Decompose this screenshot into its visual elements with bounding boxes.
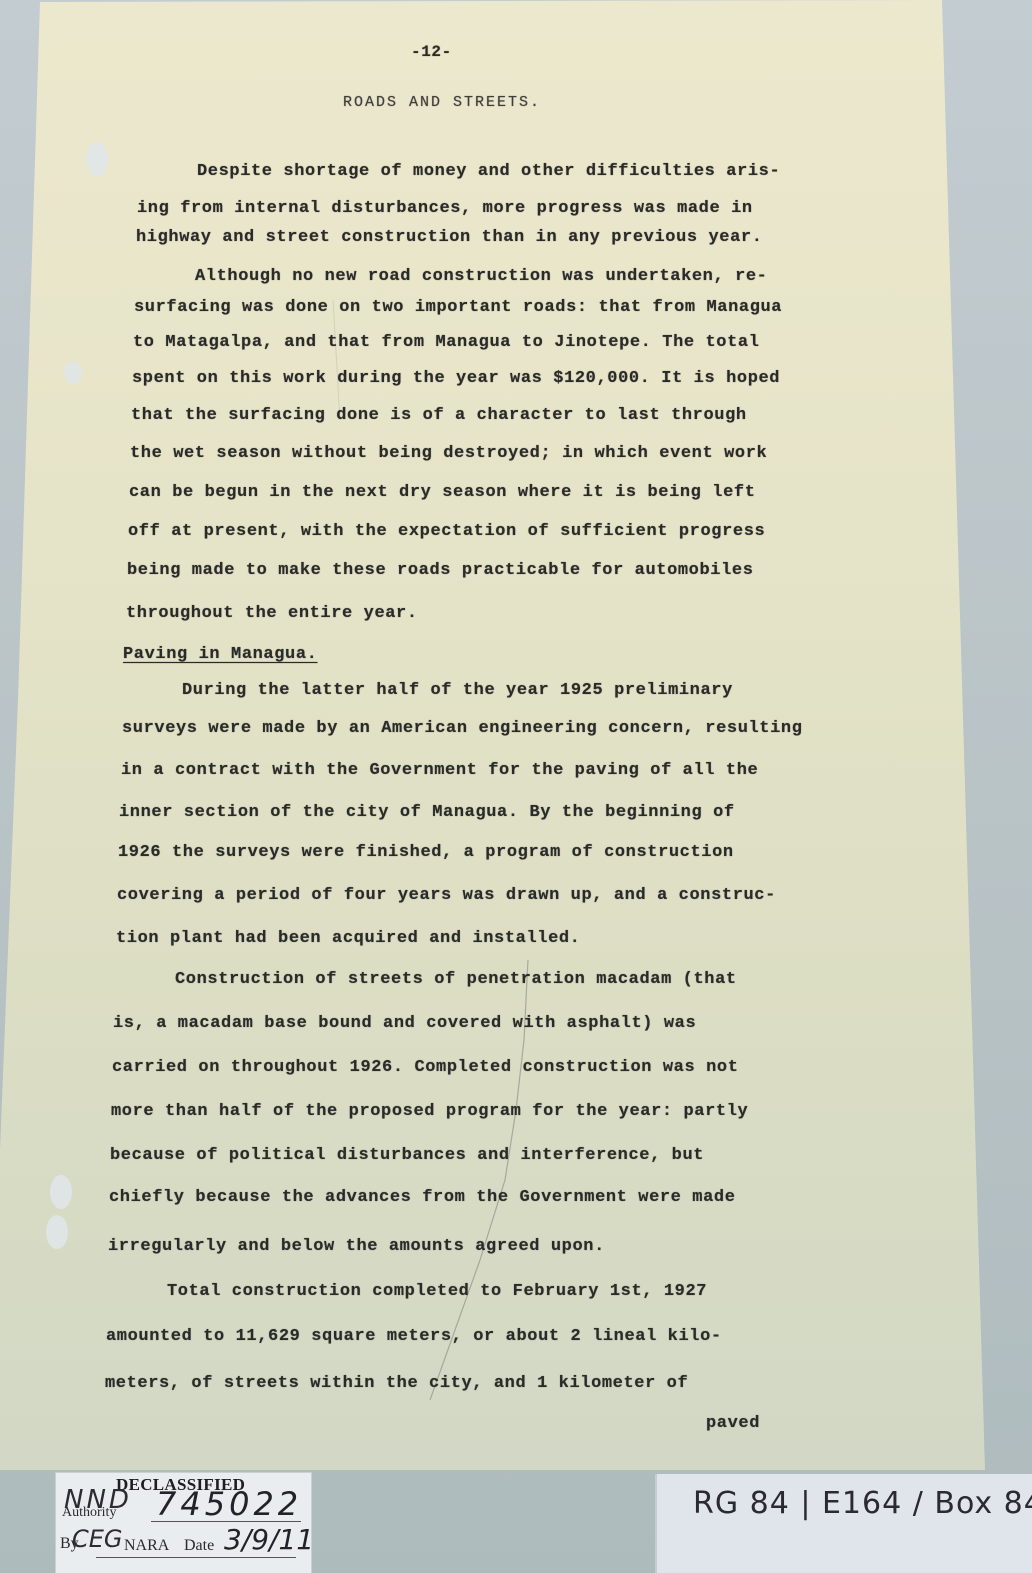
punch-hole: [64, 362, 82, 384]
text-line: During the latter half of the year 1925 …: [182, 681, 733, 700]
archive-reference: RG 84 | E164 / Box 84: [693, 1486, 1032, 1521]
catchword: paved: [706, 1414, 760, 1433]
text-line: carried on throughout 1926. Completed co…: [112, 1058, 739, 1077]
text-line: is, a macadam base bound and covered wit…: [113, 1014, 696, 1033]
date-value: 3/9/11: [224, 1523, 314, 1556]
by-initials: CEG: [72, 1525, 123, 1553]
text-line: because of political disturbances and in…: [110, 1146, 704, 1165]
punch-hole: [86, 142, 108, 176]
text-line: throughout the entire year.: [126, 604, 418, 623]
text-line: Although no new road construction was un…: [195, 267, 768, 286]
text-line: amounted to 11,629 square meters, or abo…: [106, 1327, 722, 1346]
text-line: being made to make these roads practicab…: [127, 561, 754, 580]
text-line: surfacing was done on two important road…: [134, 298, 782, 317]
text-line: tion plant had been acquired and install…: [116, 929, 580, 948]
text-line: irregularly and below the amounts agreed…: [108, 1237, 605, 1256]
page-title: ROADS AND STREETS.: [343, 94, 541, 111]
text-line: Despite shortage of money and other diff…: [197, 162, 780, 181]
text-line: highway and street construction than in …: [136, 228, 763, 247]
date-label: Date: [184, 1537, 214, 1555]
text-line: to Matagalpa, and that from Managua to J…: [133, 333, 760, 352]
text-line: in a contract with the Government for th…: [121, 761, 758, 780]
date-rule: [96, 1557, 296, 1558]
text-line: ing from internal disturbances, more pro…: [137, 199, 753, 218]
authority-number: 745022: [156, 1485, 302, 1523]
declassification-stamp: DECLASSIFIED NND Authority 745022 By CEG…: [55, 1472, 312, 1573]
punch-hole: [46, 1215, 68, 1249]
text-line: meters, of streets within the city, and …: [105, 1374, 688, 1393]
authority-rule: [151, 1521, 301, 1522]
nara-label: NARA: [124, 1537, 169, 1555]
text-line: surveys were made by an American enginee…: [122, 719, 803, 738]
text-line: more than half of the proposed program f…: [111, 1102, 748, 1121]
section-heading: Paving in Managua.: [123, 645, 317, 664]
text-line: that the surfacing done is of a characte…: [131, 406, 747, 425]
text-line: Construction of streets of penetration m…: [175, 970, 737, 989]
text-line: Total construction completed to February…: [167, 1282, 707, 1301]
text-line: 1926 the surveys were finished, a progra…: [118, 843, 734, 862]
text-line: the wet season without being destroyed; …: [130, 444, 767, 463]
text-line: chiefly because the advances from the Go…: [109, 1188, 736, 1207]
text-line: off at present, with the expectation of …: [128, 522, 765, 541]
archive-label: RG 84 | E164 / Box 84: [655, 1474, 1032, 1573]
text-line: can be begun in the next dry season wher…: [129, 483, 756, 502]
page-number: -12-: [411, 43, 452, 61]
text-line: spent on this work during the year was $…: [132, 369, 780, 388]
text-line: covering a period of four years was draw…: [117, 886, 776, 905]
text-line: inner section of the city of Managua. By…: [119, 803, 735, 822]
authority-label: Authority: [62, 1505, 116, 1521]
punch-hole: [50, 1175, 72, 1209]
